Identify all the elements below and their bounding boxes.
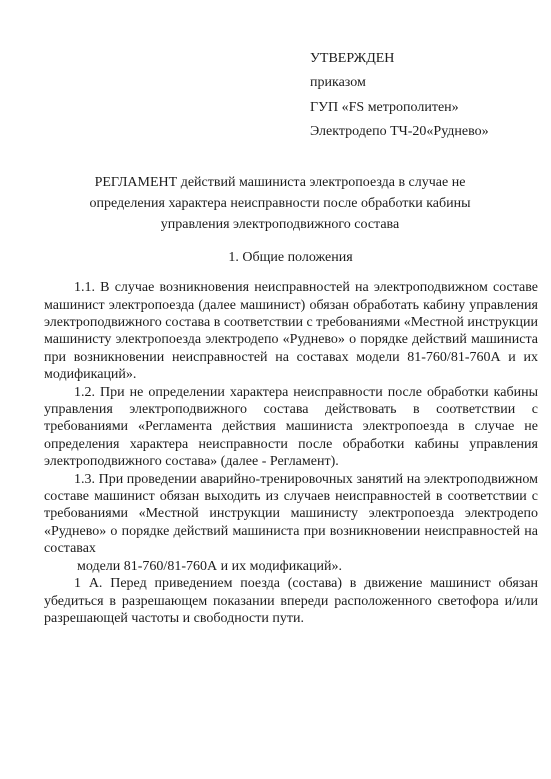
paragraph-1-3-continuation: модели 81-760/81-760А и их модификаций». bbox=[44, 558, 538, 575]
approval-line-depot: Электродепо ТЧ-20«Руднево» bbox=[310, 120, 551, 144]
document-title-line-3: управления электроподвижного состава bbox=[161, 217, 399, 232]
approval-line-organization: ГУП «FS метрополитен» bbox=[310, 96, 551, 120]
document-body: 1.1. В случае возникновения неисправност… bbox=[44, 279, 538, 627]
approval-line-by-order: приказом bbox=[310, 71, 551, 95]
approval-block: УТВЕРЖДЕН приказом ГУП «FS метрополитен»… bbox=[310, 47, 551, 144]
document-page: УТВЕРЖДЕН приказом ГУП «FS метрополитен»… bbox=[0, 0, 551, 779]
document-title: РЕГЛАМЕНТ действий машиниста электропоез… bbox=[44, 172, 516, 235]
paragraph-1-3: 1.3. При проведении аварийно-тренировочн… bbox=[44, 471, 538, 558]
approval-line-approved: УТВЕРЖДЕН bbox=[310, 47, 551, 71]
paragraph-1-2: 1.2. При не определении характера неиспр… bbox=[44, 384, 538, 471]
document-title-line-2: определения характера неисправности посл… bbox=[89, 196, 470, 211]
document-title-line-1: РЕГЛАМЕНТ действий машиниста электропоез… bbox=[95, 175, 466, 190]
section-heading: 1. Общие положения bbox=[44, 247, 537, 268]
paragraph-1a: 1 А. Перед приведением поезда (состава) … bbox=[44, 575, 538, 627]
paragraph-1-1: 1.1. В случае возникновения неисправност… bbox=[44, 279, 538, 383]
